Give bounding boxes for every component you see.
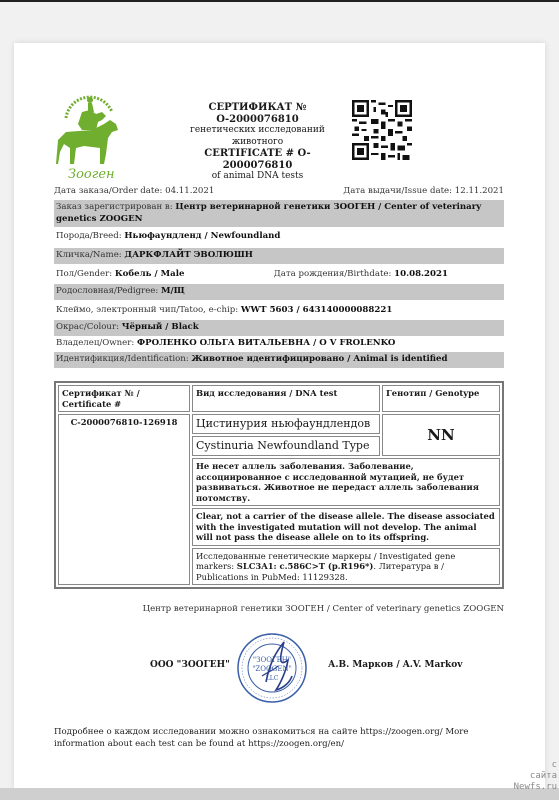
result-ru: Не несет аллель заболевания. Заболевание… [192, 458, 500, 506]
certificate-subtitle-ru-2: животного [170, 137, 345, 149]
header-certificate: Сертификат № / Certificate # [58, 385, 190, 412]
chip-row: Клеймо, электронный чип/Tatoo, e-chip: W… [54, 303, 504, 319]
qr-code-icon[interactable] [352, 100, 412, 160]
top-edge [0, 0, 559, 2]
dna-test-table: Сертификат № / Certificate # Вид исследо… [54, 381, 504, 589]
certificate-title-ru: СЕРТИФИКАТ № О-2000076810 [170, 102, 345, 125]
breed-row: Порода/Breed: Ньюфаундленд / Newfoundlan… [54, 229, 504, 245]
identification-row: Идентификция/Identification: Животное ид… [54, 352, 504, 368]
pedigree-value: М/Щ [161, 286, 185, 296]
watermark: с сайта Newfs.ru [514, 760, 557, 793]
name-value: ДАРКФЛАЙТ ЭВОЛЮШН [124, 250, 252, 260]
owner-value: ФРОЛЕНКО ОЛЬГА ВИТАЛЬЕВНА / O V FROLENKO [137, 338, 395, 348]
watermark-line-3: Newfs.ru [514, 782, 557, 793]
stamp-icon: "ЗООГЕН" "ZOOGEN" LLC [236, 632, 308, 704]
watermark-line-1: с [514, 760, 557, 771]
birthdate-label: Дата рождения/Birthdate: [274, 269, 392, 279]
registered-row: Заказ зарегистрирован в: Центр ветеринар… [54, 200, 504, 227]
issue-date-value: 12.11.2021 [455, 186, 504, 196]
zoogen-logo-icon: Зооген [52, 78, 124, 182]
order-date-label: Дата заказа/Order date: [54, 186, 162, 196]
bottom-edge [0, 788, 559, 800]
test-name-en: Cystinuria Newfoundland Type [192, 436, 380, 456]
issuing-center: Центр ветеринарной генетики ЗООГЕН / Cen… [54, 604, 504, 614]
svg-text:Зооген: Зооген [68, 167, 115, 182]
header-dna-test: Вид исследования / DNA test [192, 385, 380, 412]
header-genotype: Генотип / Genotype [382, 385, 500, 412]
chip-label: Клеймо, электронный чип/Tatoo, e-chip: [56, 305, 238, 315]
footer-info: Подробнее о каждом исследовании можно оз… [54, 726, 494, 750]
genotype-value: NN [382, 414, 500, 456]
markers-value: SLC3A1: c.586C>T (p.R196*) [237, 561, 374, 571]
certificate-subtitle-ru-1: генетических исследований [170, 125, 345, 137]
certificate-number: С-2000076810-126918 [58, 414, 190, 585]
owner-row: Владелец/Owner: ФРОЛЕНКО ОЛЬГА ВИТАЛЬЕВН… [54, 336, 504, 352]
dates-row: Дата заказа/Order date: 04.11.2021 Дата … [54, 186, 504, 196]
table-row: С-2000076810-126918 Цистинурия ньюфаундл… [58, 414, 500, 434]
watermark-line-2: сайта [514, 771, 557, 782]
gender-row: Пол/Gender: Кобель / Male Дата рождения/… [54, 267, 504, 283]
breed-label: Порода/Breed: [56, 231, 122, 241]
owner-label: Владелец/Owner: [56, 338, 134, 348]
certificate-title-en: CERTIFICATE # O-2000076810 [170, 148, 345, 171]
colour-row: Окрас/Colour: Чёрный / Black [54, 320, 504, 336]
company-name: ООО "ЗООГЕН" [150, 660, 230, 670]
pedigree-label: Родословная/Pedigree: [56, 286, 158, 296]
test-name-ru: Цистинурия ньюфаундлендов [192, 414, 380, 434]
signer-name: А.В. Марков / A.V. Markov [328, 660, 463, 670]
registered-label: Заказ зарегистрирован в: [56, 202, 173, 212]
colour-label: Окрас/Colour: [56, 322, 119, 332]
chip-value: WWT 5603 / 643140000088221 [241, 305, 392, 315]
certificate-subtitle-en: of animal DNA tests [170, 171, 345, 183]
markers-cell: Исследованные генетические маркеры / Inv… [192, 548, 500, 586]
identification-label: Идентификция/Identification: [56, 354, 189, 364]
issue-date-label: Дата выдачи/Issue date: [343, 186, 452, 196]
colour-value: Чёрный / Black [122, 322, 199, 332]
pedigree-row: Родословная/Pedigree: М/Щ [54, 284, 504, 300]
gender-value: Кобель / Male [115, 269, 185, 279]
table-header-row: Сертификат № / Certificate # Вид исследо… [58, 385, 500, 412]
breed-value: Ньюфаундленд / Newfoundland [124, 231, 280, 241]
name-row: Кличка/Name: ДАРКФЛАЙТ ЭВОЛЮШН [54, 248, 504, 264]
certificate-header: СЕРТИФИКАТ № О-2000076810 генетических и… [170, 102, 345, 183]
identification-value: Животное идентифицировано / Animal is id… [191, 354, 447, 364]
name-label: Кличка/Name: [56, 250, 122, 260]
result-en: Clear, not a carrier of the disease alle… [192, 508, 500, 546]
order-date-value: 04.11.2021 [165, 186, 214, 196]
birthdate-value: 10.08.2021 [394, 269, 448, 279]
gender-label: Пол/Gender: [56, 269, 112, 279]
